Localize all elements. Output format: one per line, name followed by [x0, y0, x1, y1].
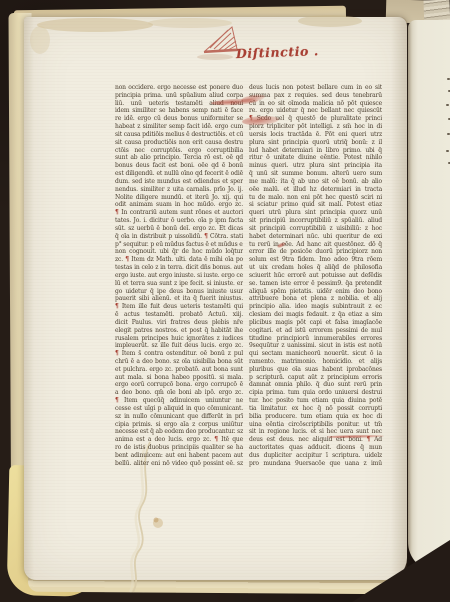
- text-line: ut uix credam hoīes q̄ aliq̄d de philoso…: [249, 264, 382, 272]
- text-line: ¶ Item ille fuit deus ueteris testamēti …: [115, 303, 243, 311]
- text-line: bellū. aliter eni nō video quō possint e…: [115, 460, 243, 468]
- text-line: cipia prima. tum quia ordo uniuersi dest…: [249, 389, 382, 397]
- pilcrow-rubric: ¶: [115, 303, 119, 310]
- text-line: me malū: ita q̄ ab uno sit oē bonū. ab a…: [249, 178, 382, 186]
- text-line: anima est a deo lucis. ergo zc. ¶ Itē qu…: [115, 436, 243, 444]
- text-line: titudine principiorū innumerabiles error…: [249, 335, 382, 343]
- text-line: oēe malū. et illud hz determiari in trac…: [249, 186, 382, 194]
- text-line: odit animam suam in hoc mūdo. ergo zc.: [115, 201, 243, 209]
- text-line: bilia producere. tum etiam quia ex hoc d…: [249, 413, 382, 421]
- text-line: re. ergo uidetur q̄ nec bellant nec quie…: [249, 107, 382, 115]
- text-column-left: non occidere. ergo necesse est ponere du…: [115, 84, 243, 474]
- running-title: Diſtinctio .: [236, 42, 357, 66]
- text-line: sz in nullo cōmunicant que differūt in p…: [115, 413, 243, 421]
- next-page-ink-speck: [446, 150, 449, 152]
- text-line: zc. ¶ Item dz Math. ulti. data ē mihi oī…: [115, 256, 243, 264]
- pilcrow-rubric: ¶: [204, 233, 208, 240]
- text-line: attribuere bona et plena z nobilia. et a…: [249, 295, 382, 303]
- text-line: nendus. similiter z uita carnalis. prīo …: [115, 186, 243, 194]
- text-line: impleuerūt. sz ille fuit deus lucis. erg…: [115, 342, 243, 350]
- text-line: ramento. matrimonio. homicidio. et alijs: [249, 358, 382, 366]
- text-line: pro mundana 9uersacōe que uana z imū: [249, 460, 382, 468]
- text-line: piorz tripliciter pōt intelligi. z sm̄ h…: [249, 123, 382, 131]
- text-line: habeat z similiter semp facit idē. ergo …: [115, 123, 243, 131]
- text-line: p° sequitur. p eū mūdus factus ē et mūdu…: [115, 241, 243, 249]
- text-line: rusalem principes huic ignorātes z iudic…: [115, 335, 243, 343]
- text-line: sit principiū incorruptibiliū z spūaliū.…: [249, 217, 382, 225]
- pilcrow-rubric: ¶: [115, 209, 119, 216]
- text-line: elegit patres nostros. et post q̄ habitā…: [115, 327, 243, 335]
- text-line: sit causa pditiōis melius ē destructiōis…: [115, 131, 243, 139]
- pilcrow-rubric: ¶: [125, 256, 129, 263]
- text-line: Nolite diligere mundū. et iterū Jo. xij.…: [115, 194, 243, 202]
- text-line: q̄ unū sit summe bonum. alterū uero sum: [249, 170, 382, 178]
- text-line: dus dupliciter accipitur ī scriptura. ui…: [249, 452, 382, 460]
- text-line: tu rerū in eēe. Ad hanc ait questōnez. d…: [249, 241, 382, 249]
- text-line: tia limitatur. ex hoc q̄ nō possit corru…: [249, 405, 382, 413]
- text-line: et pulchra. ergo zc. probatō. aut bona s…: [115, 366, 243, 374]
- text-line: auctoritates quas adducit. dicens q̄ mun: [249, 444, 382, 452]
- text-line: cipia primis. si ergo aīa z corpus uniūt…: [115, 421, 243, 429]
- text-line: lū et terra sua sunt z ipe fecit. si ini…: [115, 280, 243, 288]
- text-line: ritur ō unitate diuine eēntie. Potest ni…: [249, 154, 382, 162]
- text-line: p scripturā. caput aūt z principium erro…: [249, 374, 382, 382]
- text-line: tates. Jo. i. dicitur ō uerbo. oīa p ipm…: [115, 217, 243, 225]
- text-line: minus queri. utrz plura sint principia i…: [249, 162, 382, 170]
- text-line: solum est 9tra fidem. Imo adeo 9tra rōem: [249, 256, 382, 264]
- pilcrow-rubric: ¶: [115, 350, 119, 357]
- text-line: damnat omnia philo. q̄ duo sunt rerū pri…: [249, 381, 382, 389]
- text-line: non occidere. ergo necesse est ponere du…: [115, 84, 243, 92]
- text-line: ro de istis duobus principiis qualiter s…: [115, 444, 243, 452]
- text-line: dum. sed iste mundus est odiendus et spe…: [115, 178, 243, 186]
- text-line: aut mala. si bona habeo ppositū. si mala…: [115, 374, 243, 382]
- text-line: principio alia. ideo magis subintrauit z…: [249, 303, 382, 311]
- text-line: queri utrū plura sint principia quorz un…: [249, 209, 382, 217]
- text-line: a deo bono. qm̄ oīe boni ab ipō. ergo zc…: [115, 389, 243, 397]
- text-line: ¶ Item quecūq̄ adinuicem uniuntur ne: [115, 397, 243, 405]
- text-line: habet determinari nūc. ubi queritur de e…: [249, 233, 382, 241]
- text-line: sunt ab alio principio. Tercia rō est. o…: [115, 154, 243, 162]
- text-line: uina eēntia circōscriptibilis ponitur. u…: [249, 421, 382, 429]
- text-line: ¶ Item s̄ contra ostenditur. oē bonū z p…: [115, 350, 243, 358]
- text-line: pauerit sibi alienū. et ita q̄ fuerit in…: [115, 295, 243, 303]
- text-line: summa pax z requies. sed deus tenebrarū: [249, 92, 382, 100]
- text-line: aliquā spēm pietatis. uidēr enim deo bon…: [249, 288, 382, 296]
- text-line: go uidetur q̄ ipe deus bonus iniuste usu…: [115, 288, 243, 296]
- text-line: non cognouit. ubi q̄r de hoc mūdo loq̄tu…: [115, 248, 243, 256]
- book-photo: Diſtinctio . non occidere. ergo necesse …: [0, 0, 450, 602]
- text-line: sit principiū corruptibiliū z uisibiliū:…: [249, 225, 382, 233]
- next-page-edge: [408, 20, 450, 572]
- text-line: q̄ oīa in distribuit p uissolidū. ¶ Cōtr…: [115, 233, 243, 241]
- text-line: ctōis nec corruptōis. ergo corruptibilia: [115, 147, 243, 155]
- text-line: ē actus testamēti. probatō Actuū. xiij.: [115, 311, 243, 319]
- text-line: uersis locis tractāda ē. Pōt eni queri u…: [249, 131, 382, 139]
- text-line: tur. hoc posito tum etiam quia diuina po…: [249, 397, 382, 405]
- text-line: ¶ In contrariū autem sunt rōnes et aucto…: [115, 209, 243, 217]
- text-column-right: deus lucis non potest bellare cum in eo …: [249, 84, 382, 474]
- text-line: sit causa productiōis non erit causa des…: [115, 139, 243, 147]
- text-line: ergo iuste. aut ergo iniuste. si iuste. …: [115, 272, 243, 280]
- text-line: idem similiter se habens semp nati ē fac…: [115, 107, 243, 115]
- text-line: cogitari. et ad istū errorem pessimi de …: [249, 327, 382, 335]
- text-line: sūt. sz uerbū ē bonū deī. ergo zc. Et di…: [115, 225, 243, 233]
- text-line: sciuerit hūc errorē aut potuisse aut def…: [249, 272, 382, 280]
- text-line: tu de malo. non eni pōt hec questō sciri…: [249, 194, 382, 202]
- text-line: plicibus magis pōt capi et falsa imagīac…: [249, 319, 382, 327]
- text-line: re idē. ergo cū deus bonus uniformiter s…: [115, 115, 243, 123]
- text-line: lud habet determiari in libro primo. ubi…: [249, 147, 382, 155]
- next-page-ink-speck: [446, 104, 449, 106]
- text-line: testas in celo z in terra. dicit dn̄s bo…: [115, 264, 243, 272]
- text-line: si sciatur primo quid sit mali. Potest e…: [249, 201, 382, 209]
- text-line: chrū ē a deo bono. sz oīa uisibilia bona…: [115, 358, 243, 366]
- text-line: bonus deus facit est boni. oēe qd ē bonū: [115, 162, 243, 170]
- pilcrow-rubric: ¶: [214, 436, 218, 443]
- text-line: 9sequūtur z uanissimi. sicut in istis es…: [249, 342, 382, 350]
- text-line: error ille de posicōe duorū principiorz …: [249, 248, 382, 256]
- text-line: dicit Paulus. viri fratres deus plebis n…: [115, 319, 243, 327]
- text-line: necesse est q̄ ab eodem deo producantur.…: [115, 428, 243, 436]
- text-line: qui sectam manicheorū nouerūt. sicut ō i…: [249, 350, 382, 358]
- text-line: cū in eo sit oīmoda malicia nō pōt quies…: [249, 100, 382, 108]
- text-line: ergo eorū corrupcō bona. ergo corrupcō ē: [115, 381, 243, 389]
- pilcrow-rubric: ¶: [115, 397, 119, 404]
- text-line: deus lucis non potest bellare cum in eo …: [249, 84, 382, 92]
- text-line: est diligendū. et nullū oīno qd fecerit …: [115, 170, 243, 178]
- text-line: se. tamen iste error ē pessim9. q̄a pret…: [249, 280, 382, 288]
- text-line: principia prima. unū spūalium aliud corp…: [115, 92, 243, 100]
- text-line: bent adinuicem: aut eni habent pacem aut: [115, 452, 243, 460]
- text-line: clesiam dei magis fedauit. z q̄a etiaz a…: [249, 311, 382, 319]
- text-line: cesse est uīgi p aliquid in quo cōmunica…: [115, 405, 243, 413]
- text-line: plura sint principia quorū utriq̄ bonū: …: [249, 139, 382, 147]
- text-line: pluribus que oīa suas habent iprobacōnes: [249, 366, 382, 374]
